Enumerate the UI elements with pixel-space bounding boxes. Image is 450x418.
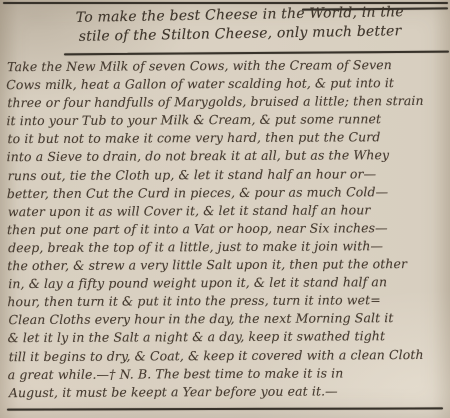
- body-line: three or four handfulls of Marygolds, br…: [7, 92, 448, 112]
- body-line: Cows milk, heat a Gallon of water scaldi…: [6, 74, 447, 94]
- body-line: runs out, tie the Cloth up, & let it sta…: [8, 164, 449, 184]
- body-line: water upon it as will Cover it, & let it…: [8, 201, 449, 221]
- body-line: the other, & strew a very little Salt up…: [7, 255, 448, 275]
- body-line: to it but not to make it come very hard,…: [7, 128, 448, 148]
- body-line: & let it ly in the Salt a night & a day,…: [8, 327, 449, 347]
- body-line: Clean Cloths every hour in the day, the …: [8, 309, 449, 329]
- bottom-rule: [7, 407, 443, 410]
- body-line: into a Sieve to drain, do not break it a…: [7, 146, 448, 166]
- body-line: a great while.—† N. B. The best time to …: [8, 363, 449, 383]
- manuscript-page: To make the best Cheese in the World, in…: [0, 0, 450, 418]
- body-line: better, then Cut the Curd in pieces, & p…: [7, 183, 448, 203]
- body-line: Take the New Milk of seven Cows, with th…: [7, 56, 448, 76]
- body-line: August, it must be keept a Year before y…: [9, 382, 450, 402]
- title-underline-rule: [64, 51, 449, 56]
- recipe-body: Take the New Milk of seven Cows, with th…: [6, 56, 449, 402]
- body-line: in, & lay a fifty pound weight upon it, …: [8, 273, 449, 293]
- body-line: till it begins to dry, & Coat, & keep it…: [9, 345, 450, 365]
- recipe-title: To make the best Cheese in the World, in…: [40, 3, 441, 48]
- body-line: it into your Tub to your Milk & Cream, &…: [6, 110, 447, 130]
- body-line: deep, break the top of it a little, just…: [8, 237, 449, 257]
- body-line: hour, then turn it & put it into the pre…: [7, 291, 448, 311]
- body-line: then put one part of it into a Vat or ho…: [7, 219, 448, 239]
